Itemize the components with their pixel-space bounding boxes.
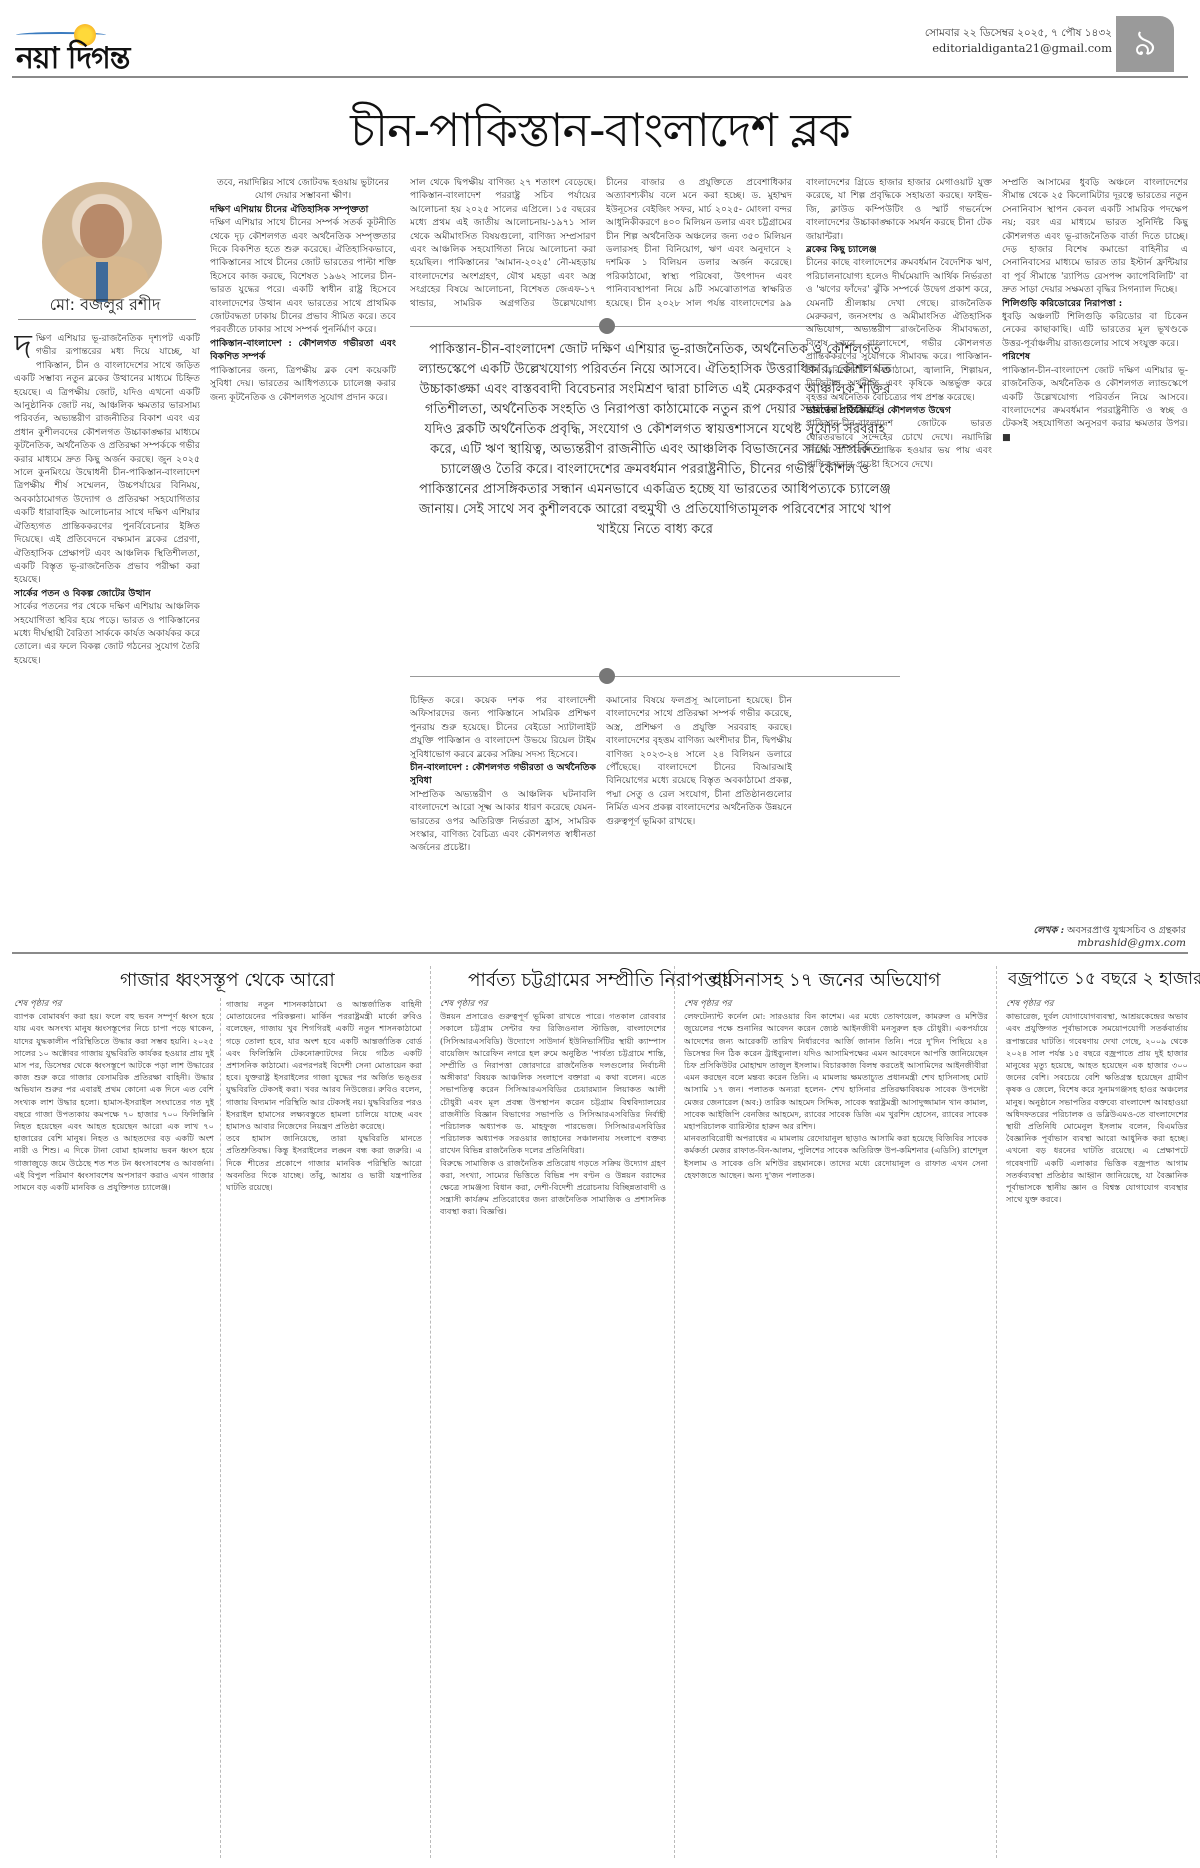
column-text: পাকিস্তানের জন্য, ত্রিপক্ষীয় ব্লক বেশ ক… [210, 364, 396, 404]
pullquote-dot-top [599, 318, 615, 334]
column-text: সাল থেকে দ্বিপক্ষীয় বাণিজ্য ২৭ শতাংশ বে… [410, 176, 596, 310]
subheading: ব্লকের কিছু চ্যালেঞ্জ [806, 243, 992, 256]
author-face [80, 204, 124, 258]
article-column-5: বাংলাদেশের গ্রিডে হাজার হাজার মেগাওয়াট … [806, 176, 992, 938]
subheading: দক্ষিণ এশিয়ায় চীনের ঐতিহাসিক সম্পৃক্তত… [210, 203, 396, 216]
column-text: চিহ্নিত করে। কয়েক দশক পর বাংলাদেশী অফিস… [410, 694, 596, 761]
story-title-gaza[interactable]: গাজার ধ্বংসস্তূপ থেকে আরো [120, 966, 335, 997]
column-text: ধুবড়ি অঞ্চলটি শিলিগুড়ি করিডোর বা চিকেন… [1002, 310, 1188, 350]
story-text: উন্নয়ন প্রসারেও গুরুত্বপূর্ণ ভূমিকা রাখ… [440, 1010, 666, 1156]
story-title-hasina[interactable]: হাসিনাসহ ১৭ জনের অভিযোগ [712, 966, 941, 997]
story-lightning-column: শেষ পৃষ্ঠার পর কাভারেজ, দুর্বল যোগাযোগব্… [1006, 998, 1188, 1858]
subheading: চীন-বাংলাদেশ : কৌশলগত গভীরতা ও অর্থনৈতিক… [410, 761, 596, 788]
story-text: গাজায় নতুন শাসনকাঠামো ও আন্তর্জাতিক বাহ… [226, 998, 422, 1132]
story-title-cht[interactable]: পার্বত্য চট্টগ্রামের সম্প্রীতি নিরাপত্তা… [468, 966, 733, 997]
story-title-lightning[interactable]: বজ্রপাতে ১৫ বছরে ২ হাজার [1008, 966, 1200, 994]
story-text: তবে হামাস জানিয়েছে, তারা যুদ্ধবিরতি মান… [226, 1132, 422, 1193]
byline-label: লেখক : [1033, 925, 1064, 936]
story-text: লেফটেন্যান্ট কর্নেল মো: সারওয়ার বিন কাশ… [684, 1010, 988, 1132]
author-divider [18, 319, 196, 320]
story-cht-column: শেষ পৃষ্ঠার পর উন্নয়ন প্রসারেও গুরুত্বপ… [440, 998, 666, 1858]
editorial-email[interactable]: editorialdiganta21@gmail.com [925, 41, 1112, 56]
author-name: মো: বজলুর রশীদ [12, 292, 198, 319]
column-text: বাংলাদেশের গ্রিডে হাজার হাজার মেগাওয়াট … [806, 176, 992, 243]
column-text: সম্প্রতি আসামের ধুবড়ি অঞ্চলে বাংলাদেশের… [1002, 176, 1188, 297]
newspaper-logo[interactable]: নয়া দিগন্ত [16, 20, 206, 70]
column-text: পাকিস্তান-চীন-বাংলাদেশ জোট দক্ষিণ এশিয়া… [1002, 364, 1188, 444]
subheading: পরিশেষ [1002, 350, 1188, 363]
column-separator [430, 966, 431, 1858]
header-meta: সোমবার ২২ ডিসেম্বর ২০২৫, ৭ পৌষ ১৪৩২ edit… [925, 26, 1112, 56]
article-title: চীন-পাকিস্তান-বাংলাদেশ ব্লক [0, 96, 1200, 172]
story-kicker: শেষ পৃষ্ঠার পর [14, 998, 214, 1010]
column-text: সাম্প্রতিক অভ্যন্তরীণ ও আঞ্চলিক ঘটনাবলি … [410, 788, 596, 855]
page-number-badge: ৯ [1116, 16, 1174, 72]
column-text: চীনের বাজার ও প্রযুক্তিতে প্রবেশাধিকার অ… [606, 176, 792, 310]
story-text: বিরুদ্ধে সামাজিক ও রাজনৈতিক প্রতিরোধ গড়… [440, 1157, 666, 1218]
story-kicker: শেষ পৃষ্ঠার পর [1006, 998, 1188, 1010]
column-text: সার্কের পতনের পর থেকে দক্ষিণ এশিয়ায় আঞ… [14, 600, 200, 667]
date-line: সোমবার ২২ ডিসেম্বর ২০২৫, ৭ পৌষ ১৪৩২ [925, 26, 1112, 41]
author-photo [42, 182, 162, 302]
pullquote-dot-bottom [599, 668, 615, 684]
article-column-4: চীনের বাজার ও প্রযুক্তিতে প্রবেশাধিকার অ… [606, 176, 792, 310]
masthead: নয়া দিগন্ত সোমবার ২২ ডিসেম্বর ২০২৫, ৭ প… [12, 0, 1188, 78]
subheading: ভারতের প্রতিক্রিয়া ও কৌশলগত উদ্বেগ [806, 404, 992, 417]
story-text: মানবতাবিরোধী অপরাধের এ মামলায় রেদোয়ানু… [684, 1132, 988, 1181]
story-gaza-column-2: গাজায় নতুন শাসনকাঠামো ও আন্তর্জাতিক বাহ… [226, 998, 422, 1858]
story-text: কাভারেজ, দুর্বল যোগাযোগব্যবস্থা, আশ্রয়ক… [1006, 1010, 1188, 1205]
column-separator [996, 966, 997, 1858]
article-column-6: সম্প্রতি আসামের ধুবড়ি অঞ্চলে বাংলাদেশের… [1002, 176, 1188, 916]
byline-role: অবসরপ্রাপ্ত যুগ্মসচিব ও গ্রন্থকার [1067, 925, 1186, 936]
subheading: শিলিগুড়ি করিডোরের নিরাপত্তা : [1002, 297, 1188, 310]
column-text: ক্ষিণ এশিয়ার ভূ-রাজনৈতিক দৃশ্যপট একটি গ… [14, 332, 200, 587]
story-kicker: শেষ পৃষ্ঠার পর [440, 998, 666, 1010]
subheading: সার্কের পতন ও বিকল্প জোটের উত্থান [14, 587, 200, 600]
column-text: চীনের কাছে বাংলাদেশের ক্রমবর্ধমান বৈদেশি… [806, 256, 992, 403]
column-text: কমানোর বিষয়ে ফলপ্রসূ আলোচনা হয়েছে। চীন… [606, 694, 792, 828]
story-text: ব্যাপক বোমাবর্ষণ করা হয়। ফলে বহু ভবন সম… [14, 1010, 214, 1193]
article-column-4-lower: কমানোর বিষয়ে ফলপ্রসূ আলোচনা হয়েছে। চীন… [606, 694, 792, 938]
column-separator [220, 998, 221, 1858]
story-kicker: শেষ পৃষ্ঠার পর [684, 998, 988, 1010]
article-column-1: দ ক্ষিণ এশিয়ার ভূ-রাজনৈতিক দৃশ্যপট একটি… [14, 332, 200, 938]
dropcap: দ [14, 332, 32, 362]
author-byline: লেখক : অবসরপ্রাপ্ত যুগ্মসচিব ও গ্রন্থকার… [1033, 924, 1186, 950]
subheading: পাকিস্তান-বাংলাদেশ : কৌশলগত গভীরতা এবং ব… [210, 337, 396, 364]
column-text: পাকিস্তান-চীন-বাংলাদেশ জোটকে ভারত ঘোরতরভ… [806, 417, 992, 471]
article-column-3-lower: চিহ্নিত করে। কয়েক দশক পর বাংলাদেশী অফিস… [410, 694, 596, 938]
article-column-3: সাল থেকে দ্বিপক্ষীয় বাণিজ্য ২৭ শতাংশ বে… [410, 176, 596, 310]
column-text: দক্ষিণ এশিয়ার সাথে চীনের সম্পর্ক সতর্ক … [210, 216, 396, 337]
column-text: তবে, নয়াদিল্লির সাথে জোটবদ্ধ হওয়ায় ভু… [210, 176, 396, 203]
story-gaza-column-1: শেষ পৃষ্ঠার পর ব্যাপক বোমাবর্ষণ করা হয়।… [14, 998, 214, 1858]
header-rule [12, 76, 1188, 78]
story-hasina-column: শেষ পৃষ্ঠার পর লেফটেন্যান্ট কর্নেল মো: স… [684, 998, 988, 1858]
section-rule [12, 952, 1188, 954]
article-column-2: তবে, নয়াদিল্লির সাথে জোটবদ্ধ হওয়ায় ভু… [210, 176, 396, 938]
byline-email[interactable]: mbrashid@gmx.com [1033, 937, 1186, 950]
column-separator [674, 966, 675, 1858]
